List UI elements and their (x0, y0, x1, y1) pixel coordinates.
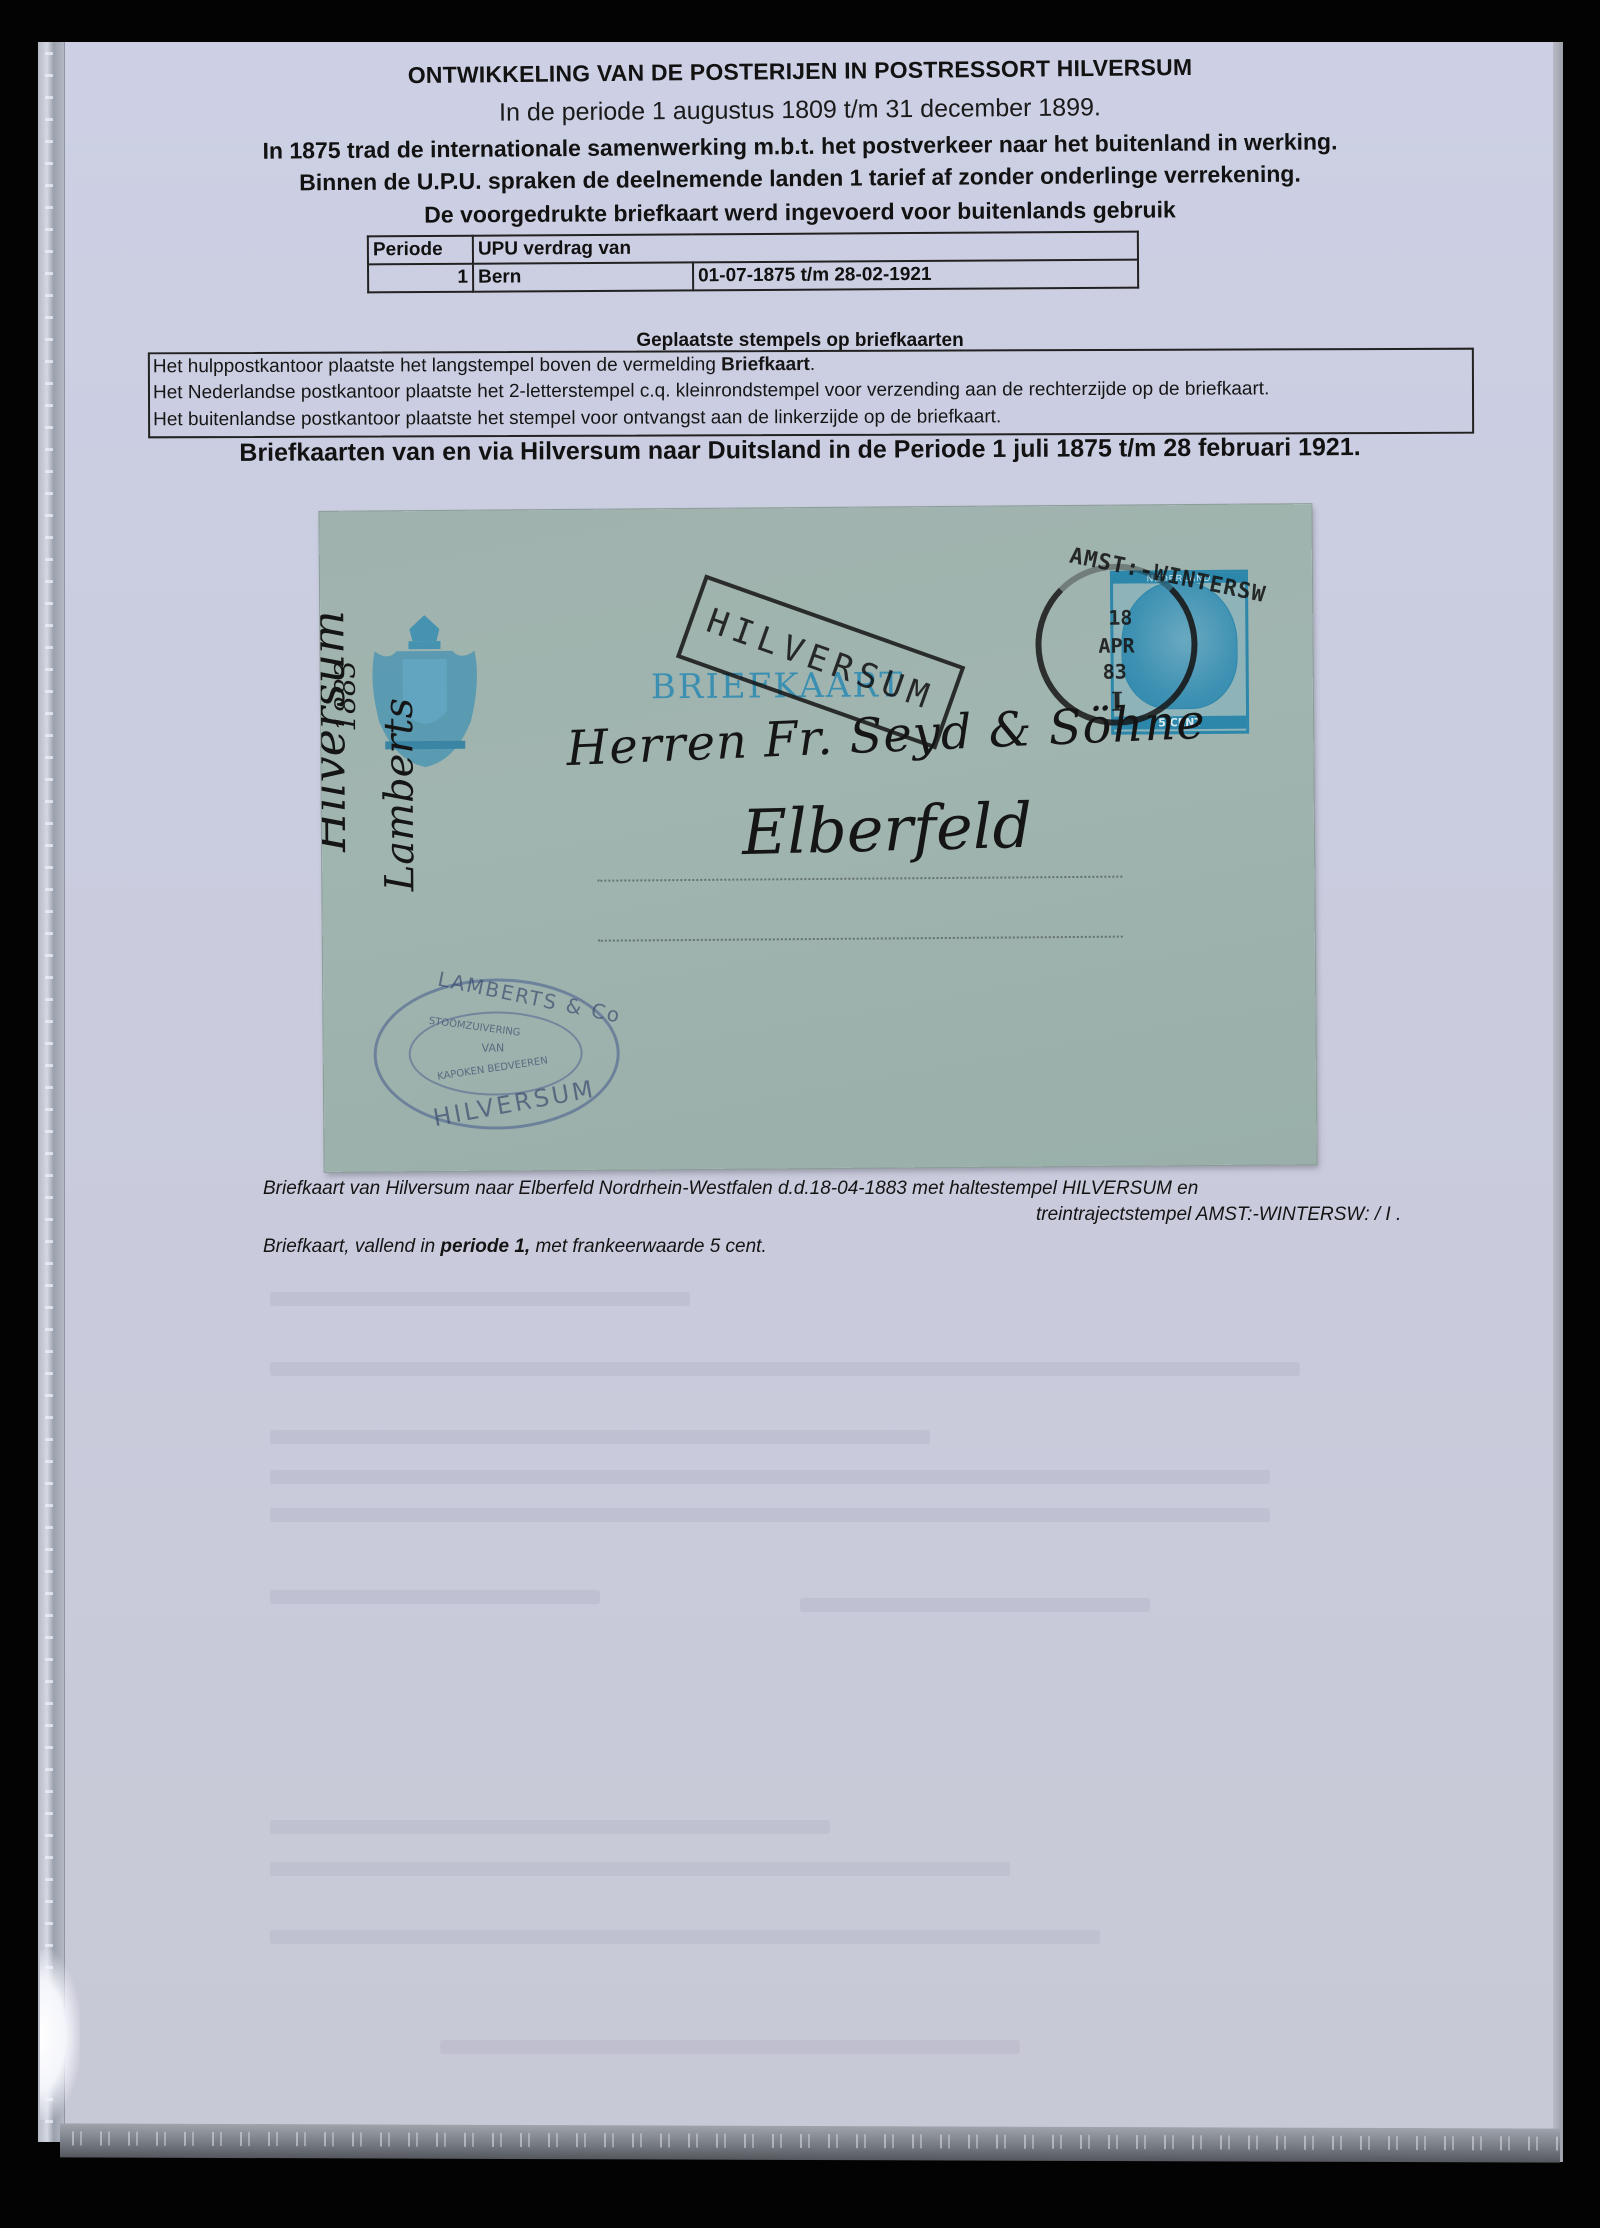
stamps-info-line: Het hulppostkantoor plaatste het langste… (153, 354, 815, 378)
bleed-through-mark (270, 1590, 600, 1604)
sleeve-glare (40, 1950, 80, 2120)
header-verdrag: UPU verdrag van (473, 232, 1138, 264)
stamps-info-line: Het buitenlandse postkantoor plaatste he… (153, 406, 1001, 431)
bleed-through-mark (270, 1508, 1270, 1522)
cell-periode: 1 (368, 264, 473, 293)
bleed-through-mark (270, 1292, 690, 1306)
bleed-through-mark (440, 2040, 1020, 2054)
cell-range: 01-07-1875 t/m 28-02-1921 (693, 260, 1138, 291)
postmark-year: 83 (1103, 660, 1127, 684)
caption-text: Briefkaart, vallend in (263, 1236, 440, 1257)
sleeve-right-edge (1553, 42, 1563, 2162)
cachet-line: VAN (482, 1041, 505, 1054)
sleeve-bottom-edge (60, 2123, 1560, 2162)
caption-line: treintrajectstempel AMST:-WINTERSW: / I … (1036, 1204, 1401, 1226)
line-end: . (810, 354, 815, 375)
address-dotted-line (598, 936, 1123, 942)
line-text: Het hulppostkantoor plaatste het langste… (153, 354, 721, 377)
stamps-info-box: Het hulppostkantoor plaatste het langste… (148, 348, 1474, 439)
table-row: 1 Bern 01-07-1875 t/m 28-02-1921 (368, 260, 1138, 293)
caption-text: met frankeerwaarde 5 cent. (530, 1236, 767, 1257)
postmark-day: 18 (1108, 606, 1132, 630)
bleed-through-mark (800, 1598, 1150, 1612)
period-table: Periode UPU verdrag van 1 Bern 01-07-187… (367, 231, 1139, 294)
bleed-through-mark (270, 1362, 1300, 1376)
bleed-through-mark (270, 1820, 830, 1834)
bleed-through-mark (270, 1930, 1100, 1944)
handwritten-city: Elberfeld (741, 789, 1033, 869)
caption-line: Briefkaart van Hilversum naar Elberfeld … (263, 1178, 1198, 1200)
bleed-through-mark (270, 1470, 1270, 1484)
company-cachet: LAMBERTS & Co STOOMZUIVERING VAN KAPOKEN… (373, 978, 620, 1131)
stamps-info-line: Het Nederlandse postkantoor plaatste het… (153, 378, 1269, 404)
bleed-through-mark (270, 1430, 930, 1444)
postcard-image: BRIEFKAART NEDERLAND 5 CENT AMST:-WINTER… (319, 504, 1316, 1172)
address-dotted-line (597, 876, 1122, 882)
caption-line: Briefkaart, vallend in periode 1, met fr… (263, 1236, 767, 1258)
handwritten-sender-place: Hilversum (319, 610, 356, 852)
cell-verdrag: Bern (473, 262, 693, 291)
sleeve-binder-edge (38, 42, 65, 2142)
postmark-month: APR (1098, 634, 1134, 658)
handwritten-sender-name: Lamberts (376, 698, 424, 892)
header-periode: Periode (368, 236, 473, 265)
bleed-through-mark (270, 1862, 1010, 1876)
line-bold: Briefkaart (721, 354, 810, 375)
caption-bold: periode 1, (440, 1236, 530, 1257)
